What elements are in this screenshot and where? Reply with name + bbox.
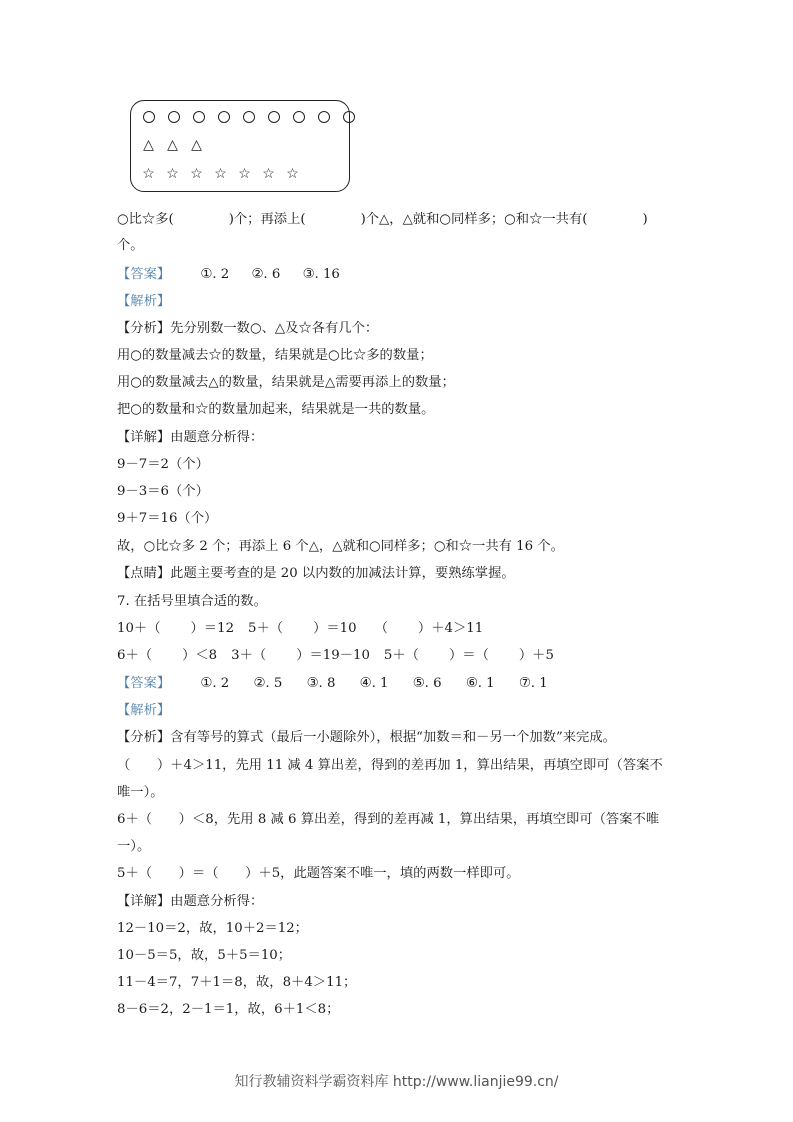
footer-watermark: 知行教辅资料学霸资料库 http://www.lianjie99.cn/ xyxy=(0,1071,793,1091)
star-icon: ☆ xyxy=(261,167,276,181)
answer-label: 【答案】 xyxy=(117,676,170,691)
document-page: △ △ △ ☆ ☆ ☆ ☆ ☆ ☆ ☆ ○比☆多()个；再添上()个△，△就和○… xyxy=(0,0,793,1122)
circle-icon xyxy=(243,111,255,123)
q6-calc: 9－3＝6（个） xyxy=(117,483,209,501)
q6-fenxi: 【分析】先分别数一数○、△及☆各有几个： xyxy=(117,320,378,338)
q6-calc: 9－7＝2（个） xyxy=(117,456,209,474)
triangle-icon: △ xyxy=(165,138,180,152)
q7-row1: 10＋（）＝125＋（）＝10（）＋4＞11 xyxy=(117,620,483,638)
circle-icon xyxy=(143,111,155,123)
q7-note: 唯一）。 xyxy=(117,784,164,802)
circle-icon xyxy=(293,111,305,123)
q6-analysis-line: 把○的数量和☆的数量加起来，结果就是一共的数量。 xyxy=(117,401,434,419)
circle-icon xyxy=(168,111,180,123)
q6-question-line1: ○比☆多()个；再添上()个△，△就和○同样多；○和☆一共有() xyxy=(117,211,648,229)
q6-question-line2: 个。 xyxy=(117,237,144,255)
q6-calc: 9＋7＝16（个） xyxy=(117,510,217,528)
star-icon: ☆ xyxy=(213,167,228,181)
q7-calc: 10－5＝5，故，5＋5＝10； xyxy=(117,947,291,965)
triangles-row: △ △ △ xyxy=(141,138,204,152)
answer-label: 【答案】 xyxy=(117,267,170,282)
star-icon: ☆ xyxy=(165,167,180,181)
q7-calc: 8－6＝2，2－1＝1，故，6＋1＜8； xyxy=(117,1001,339,1019)
analysis-label: 【解析】 xyxy=(117,293,170,311)
triangle-icon: △ xyxy=(189,138,204,152)
circle-icon xyxy=(318,111,330,123)
q7-title: 7. 在括号里填合适的数。 xyxy=(117,593,267,611)
circle-icon xyxy=(218,111,230,123)
q7-note: 一）。 xyxy=(117,838,150,856)
q6-answer: 【答案】 ①. 2 ②. 6 ③. 16 xyxy=(117,266,340,284)
circle-icon xyxy=(343,111,355,123)
q6-xiangjie: 【详解】由题意分析得： xyxy=(117,429,263,447)
analysis-label: 【解析】 xyxy=(117,702,170,720)
q6-dianjing: 【点睛】此题主要考查的是 20 以内数的加减法计算，要熟练掌握。 xyxy=(117,565,515,583)
q7-calc: 11－4＝7，7＋1＝8，故，8＋4＞11； xyxy=(117,974,356,992)
q6-analysis-line: 用○的数量减去△的数量，结果就是△需要再添上的数量； xyxy=(117,374,455,392)
q7-note: 6＋（ ）＜8，先用 8 减 6 算出差，得到的差再减 1，算出结果，再填空即可… xyxy=(117,811,659,829)
star-icon: ☆ xyxy=(189,167,204,181)
shapes-figure: △ △ △ ☆ ☆ ☆ ☆ ☆ ☆ ☆ xyxy=(130,100,350,192)
q7-calc: 12－10＝2，故，10＋2＝12； xyxy=(117,920,308,938)
star-icon: ☆ xyxy=(237,167,252,181)
circle-icon xyxy=(193,111,205,123)
q7-row2: 6＋（）＜83＋（）＝19－105＋（）＝（）＋5 xyxy=(117,647,554,665)
q7-fenxi: 【分析】含有等号的算式（最后一小题除外），根据“加数＝和－另一个加数”来完成。 xyxy=(117,729,616,747)
q6-conclusion: 故，○比☆多 2 个；再添上 6 个△，△就和○同样多；○和☆一共有 16 个。 xyxy=(117,538,564,556)
q7-xiangjie: 【详解】由题意分析得： xyxy=(117,893,263,911)
q7-note: 5＋（ ）＝（ ）＋5，此题答案不唯一，填的两数一样即可。 xyxy=(117,865,520,883)
star-icon: ☆ xyxy=(141,167,156,181)
circle-icon xyxy=(268,111,280,123)
star-icon: ☆ xyxy=(285,167,300,181)
q6-analysis-line: 用○的数量减去☆的数量，结果就是○比☆多的数量； xyxy=(117,347,433,365)
q7-answer: 【答案】 ①. 2 ②. 5 ③. 8 ④. 1 ⑤. 6 ⑥. 1 ⑦. 1 xyxy=(117,675,548,693)
q7-note: （ ）＋4＞11，先用 11 减 4 算出差，得到的差再加 1，算出结果，再填空… xyxy=(117,757,663,775)
triangle-icon: △ xyxy=(141,138,156,152)
circles-row xyxy=(141,111,357,123)
stars-row: ☆ ☆ ☆ ☆ ☆ ☆ ☆ xyxy=(141,167,300,181)
